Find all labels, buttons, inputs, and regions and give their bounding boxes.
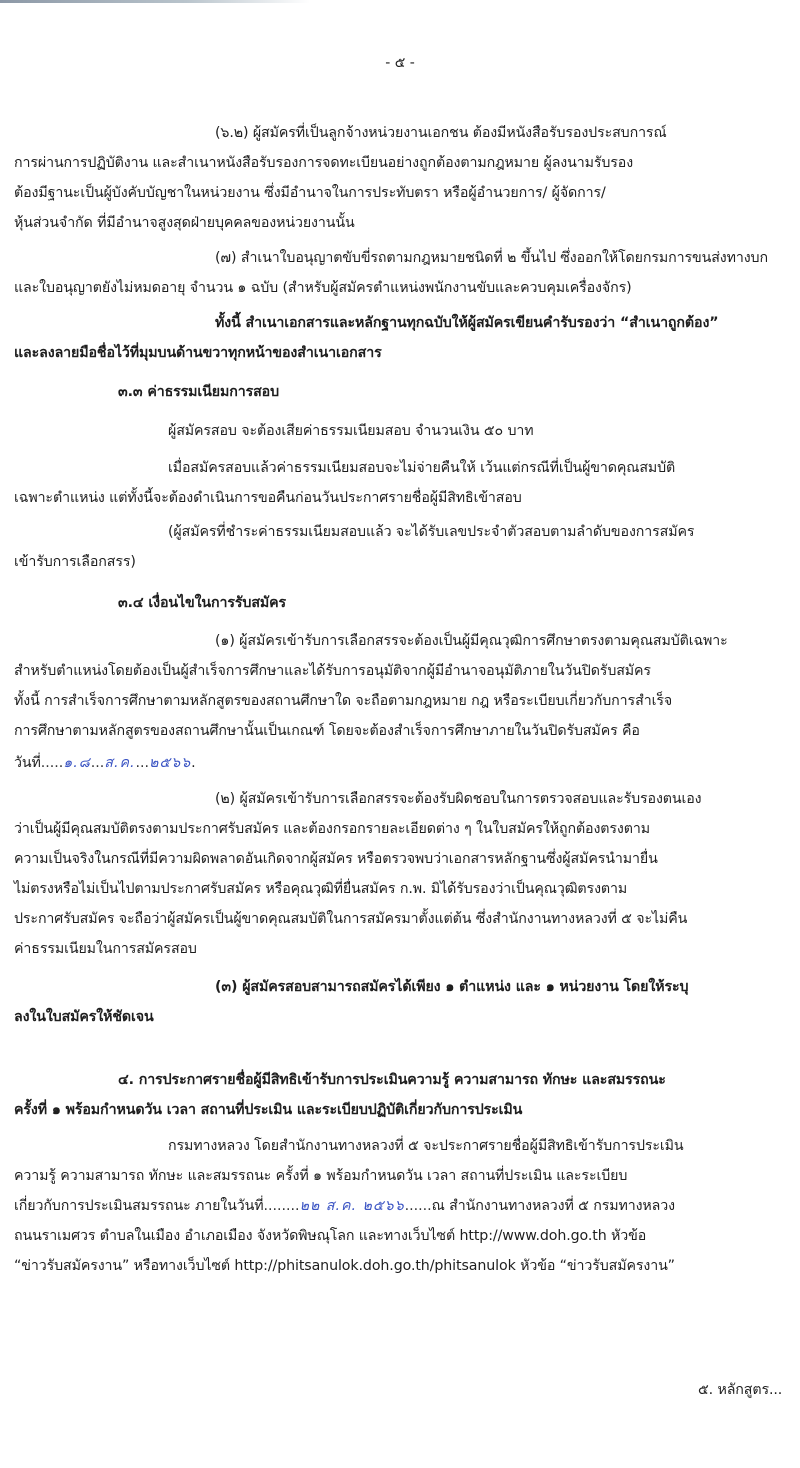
section-3-4-item-1-line-1: (๑) ผู้สมัครเข้ารับการเลือกสรรจะต้องเป็น… — [215, 631, 728, 651]
section-6-2-line-2: การผ่านการปฏิบัติงาน และสำเนาหนังสือรับร… — [14, 153, 633, 173]
section-4-line-3: เกี่ยวกับการประเมินสมรรถนะ ภายในวันที่..… — [14, 1196, 675, 1216]
section-6-2-line-4: หุ้นส่วนจำกัด ที่มีอำนาจสูงสุดฝ่ายบุคคลข… — [14, 213, 355, 233]
section-3-4-item-2-line-1: (๒) ผู้สมัครเข้ารับการเลือกสรรจะต้องรับผ… — [215, 789, 702, 809]
section-7-line-1: (๗) สำเนาใบอนุญาตขับขี่รถตามกฎหมายชนิดที… — [215, 248, 768, 268]
section-3-4-item-2-line-2: ว่าเป็นผู้มีคุณสมบัติตรงตามประกาศรับสมัค… — [14, 819, 650, 839]
section-3-4-item-2-line-4: ไม่ตรงหรือไม่เป็นไปตามประกาศรับสมัคร หรื… — [14, 879, 627, 899]
section-3-4-item-3-line-2: ลงในใบสมัครให้ชัดเจน — [14, 1007, 154, 1027]
date-dots: ...... — [405, 1198, 432, 1214]
section-4-line-5: “ข่าวรับสมัครงาน” หรือทางเว็บไซต์ http:/… — [14, 1256, 675, 1276]
section-6-2-line-1: (๖.๒) ผู้สมัครที่เป็นลูกจ้างหน่วยงานเอกช… — [215, 123, 667, 143]
section-3-4-item-1-line-3: ทั้งนี้ การสำเร็จการศึกษาตามหลักสูตรของส… — [14, 691, 672, 711]
section-3-4-heading: ๓.๔ เงื่อนไขในการรับสมัคร — [118, 593, 286, 613]
section-3-4-item-2-line-5: ประกาศรับสมัคร จะถือว่าผู้สมัครเป็นผู้ขา… — [14, 909, 687, 929]
section-4-line-4: ถนนราเมศวร ตำบลในเมือง อำเภอเมือง จังหวั… — [14, 1226, 646, 1246]
continuation-note: ๕. หลักสูตร... — [698, 1380, 782, 1400]
section-3-4-item-1-line-2: สำหรับตำแหน่งโดยต้องเป็นผู้สำเร็จการศึกษ… — [14, 661, 651, 681]
date-suffix: . — [191, 755, 195, 771]
section-3-3-note-line-2: เข้ารับการเลือกสรร) — [14, 552, 136, 572]
section-3-4-item-1-line-4: การศึกษาตามหลักสูตรของสถานศึกษานั้นเป็นเ… — [14, 721, 640, 741]
date-dots: ... — [135, 755, 149, 771]
handwritten-announce-date: ๒๒ ส.ค. ๒๕๖๖ — [300, 1198, 405, 1214]
certify-note-line-1: ทั้งนี้ สำเนาเอกสารและหลักฐานทุกฉบับให้ผ… — [215, 313, 719, 333]
section-3-3-refund-line-2: เฉพาะตำแหน่ง แต่ทั้งนี้จะต้องดำเนินการขอ… — [14, 488, 522, 508]
section-4-heading-line-2: ครั้งที่ ๑ พร้อมกำหนดวัน เวลา สถานที่ประ… — [14, 1100, 522, 1120]
page-number: - ๕ - — [0, 52, 800, 74]
line-3-prefix: เกี่ยวกับการประเมินสมรรถนะ ภายในวันที่ — [14, 1198, 263, 1214]
section-3-3-note-line-1: (ผู้สมัครที่ชำระค่าธรรมเนียมสอบแล้ว จะได… — [168, 522, 694, 542]
section-4-line-2: ความรู้ ความสามารถ ทักษะ และสมรรถนะ ครั้… — [14, 1166, 627, 1186]
handwritten-month: ส.ค. — [104, 755, 135, 771]
line-3-suffix: ณ สำนักงานทางหลวงที่ ๕ กรมทางหลวง — [432, 1198, 675, 1214]
section-3-3-refund-line-1: เมื่อสมัครสอบแล้วค่าธรรมเนียมสอบจะไม่จ่า… — [168, 458, 675, 478]
scan-edge — [0, 0, 310, 3]
section-4-heading-line-1: ๔. การประกาศรายชื่อผู้มีสิทธิเข้ารับการป… — [118, 1070, 666, 1090]
section-3-4-item-2-line-6: ค่าธรรมเนียมในการสมัครสอบ — [14, 939, 197, 959]
section-3-4-item-3-line-1: (๓) ผู้สมัครสอบสามารถสมัครได้เพียง ๑ ตำแ… — [215, 977, 688, 997]
handwritten-year: ๒๕๖๖ — [149, 755, 191, 771]
section-3-3-heading: ๓.๓ ค่าธรรมเนียมการสอบ — [118, 382, 279, 402]
handwritten-day: ๑.๘ — [63, 755, 90, 771]
date-dots: ..... — [41, 755, 64, 771]
section-4-line-1: กรมทางหลวง โดยสำนักงานทางหลวงที่ ๕ จะประ… — [168, 1136, 684, 1156]
date-prefix: วันที่ — [14, 755, 41, 771]
section-3-4-item-1-date-line: วันที่.....๑.๘...ส.ค....๒๕๖๖. — [14, 753, 196, 773]
date-dots: ........ — [263, 1198, 299, 1214]
section-3-3-fee: ผู้สมัครสอบ จะต้องเสียค่าธรรมเนียมสอบ จำ… — [168, 421, 534, 441]
section-6-2-line-3: ต้องมีฐานะเป็นผู้บังคับบัญชาในหน่วยงาน ซ… — [14, 183, 606, 203]
certify-note-line-2: และลงลายมือชื่อไว้ที่มุมบนด้านขวาทุกหน้า… — [14, 343, 382, 363]
section-7-line-2: และใบอนุญาตยังไม่หมดอายุ จำนวน ๑ ฉบับ (ส… — [14, 278, 632, 298]
section-3-4-item-2-line-3: ความเป็นจริงในกรณีที่มีความผิดพลาดอันเกิ… — [14, 849, 658, 869]
date-dots: ... — [91, 755, 105, 771]
